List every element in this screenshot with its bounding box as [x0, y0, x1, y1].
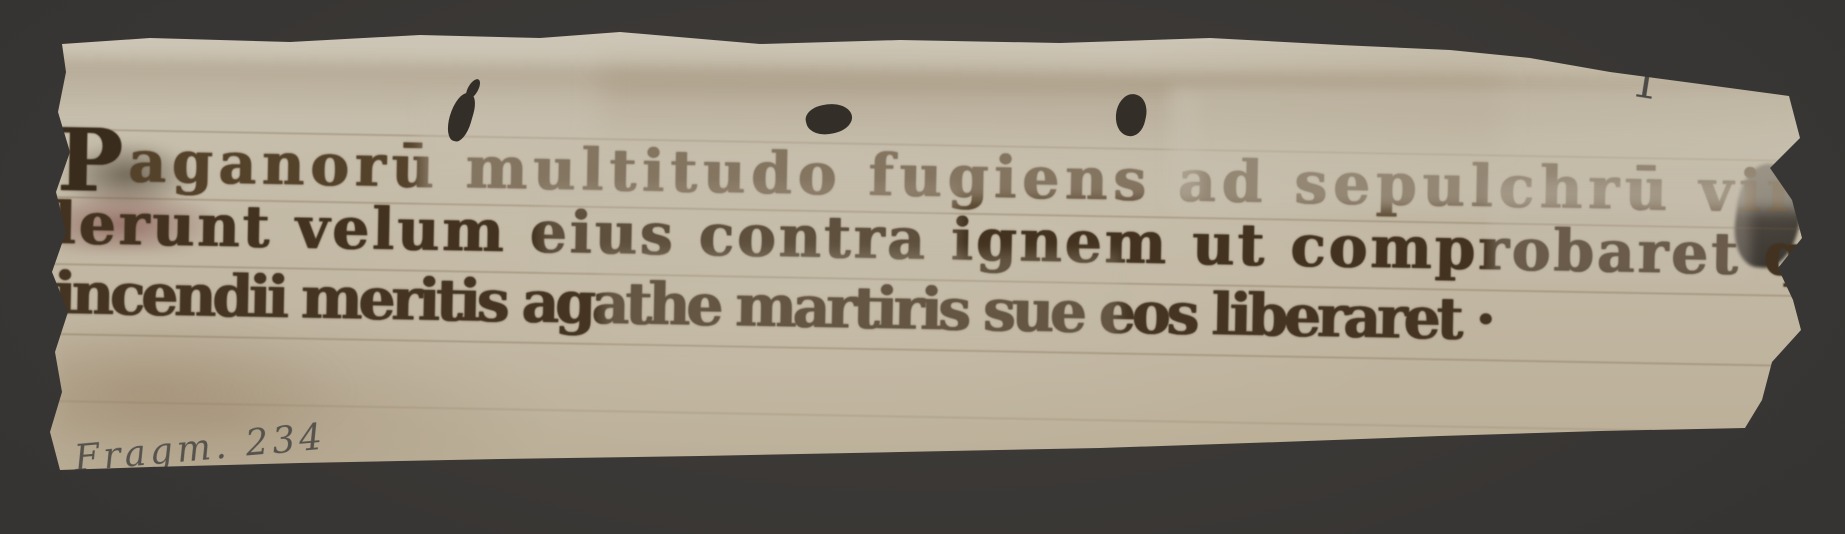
parchment-fragment: Paganorū multitudo fugiens ad sepulchrū … — [0, 0, 1845, 534]
photo-background: Paganorū multitudo fugiens ad sepulchrū … — [0, 0, 1845, 534]
